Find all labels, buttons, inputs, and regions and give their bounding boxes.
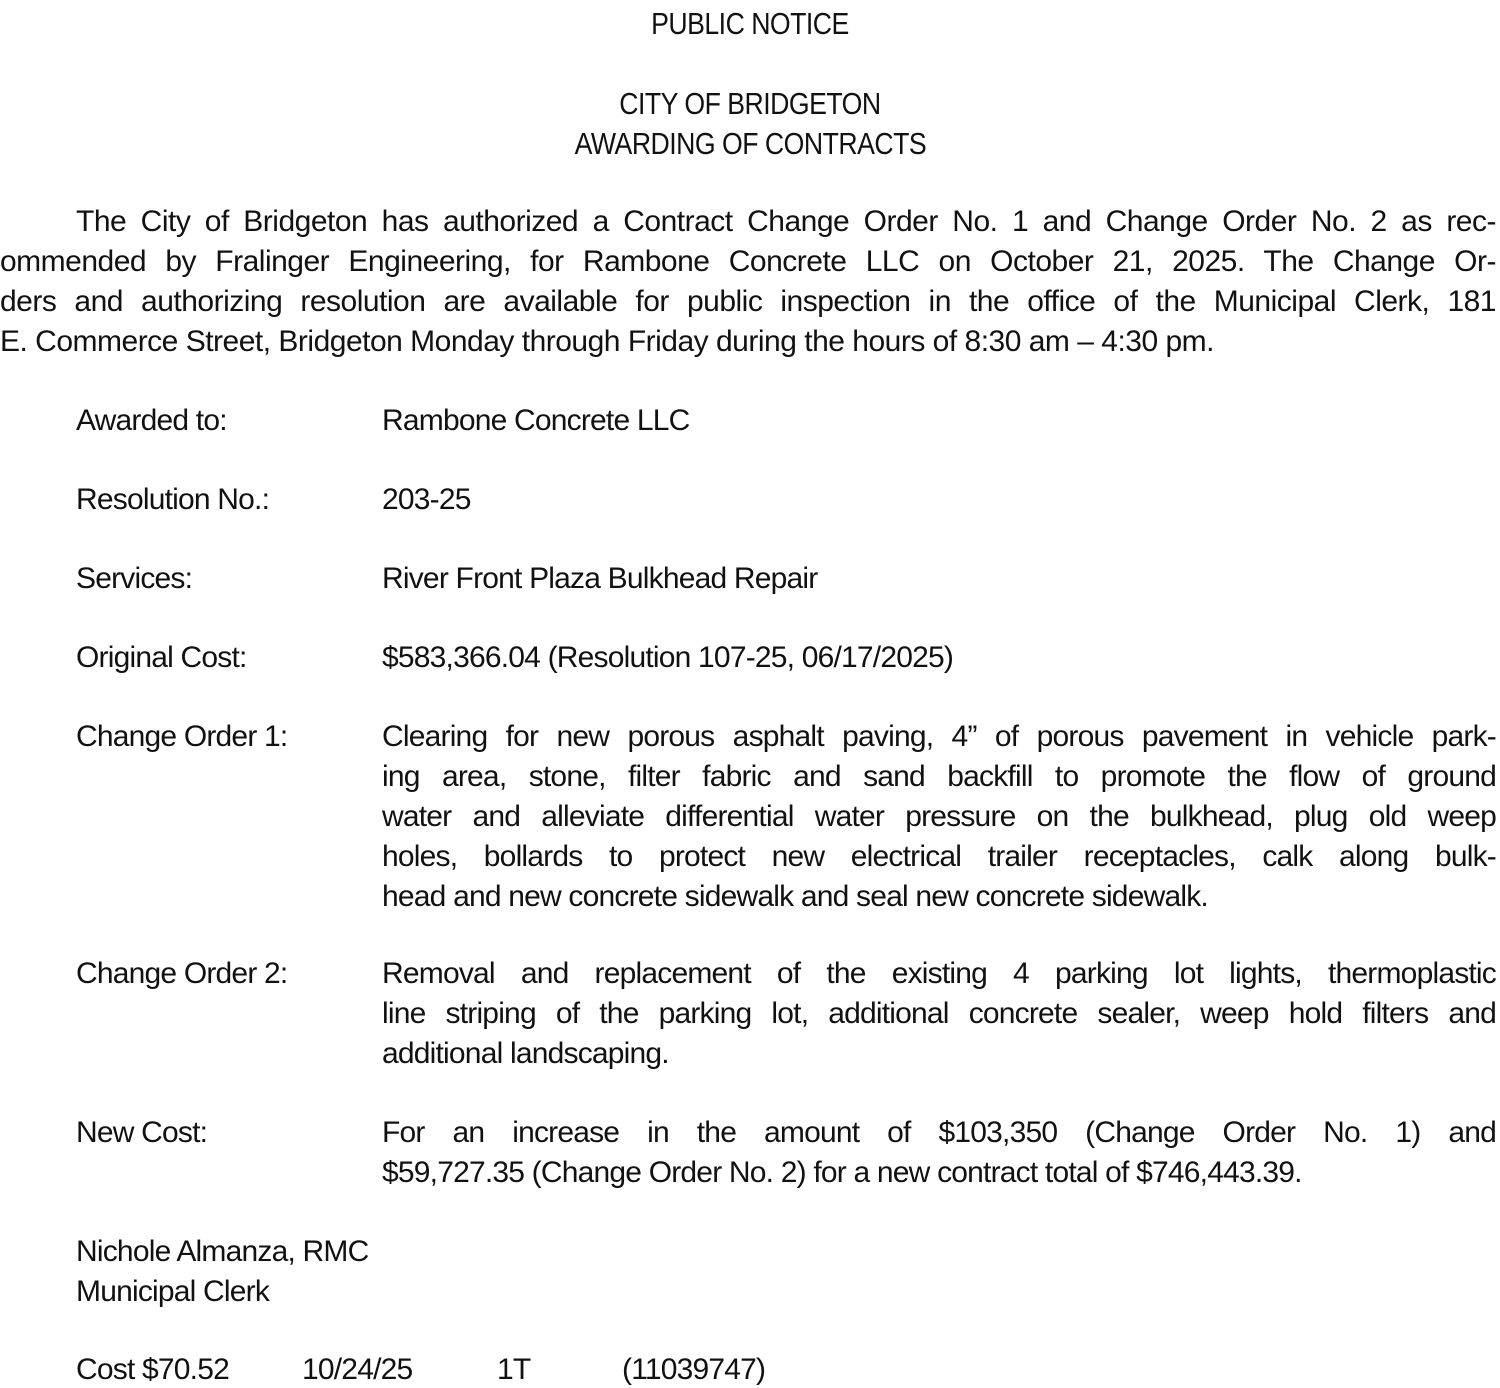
intro-line: E. Commerce Street, Bridgeton Monday thr…	[0, 322, 1496, 362]
intro-line-text: ders and authorizing resolution are avai…	[0, 282, 1496, 322]
ad-cost: Cost $70.52	[76, 1350, 229, 1388]
notice-subject: AWARDING OF CONTRACTS	[0, 124, 1500, 164]
intro-line-text: ommended by Fralinger Engineering, for R…	[0, 242, 1496, 282]
description-line: head and new concrete sidewalk and seal …	[382, 877, 1496, 917]
notice-subject-text: AWARDING OF CONTRACTS	[574, 124, 926, 164]
change-order-1-description: Clearing for new porous asphalt paving, …	[382, 717, 1496, 917]
signatory-title: Municipal Clerk	[76, 1272, 269, 1312]
ad-date: 10/24/25	[302, 1350, 412, 1388]
ad-number: (11039747)	[622, 1350, 765, 1388]
awarded-to-label: Awarded to:	[76, 401, 227, 441]
description-line: Removal and replacement of the existing …	[382, 954, 1496, 994]
description-line: $59,727.35 (Change Order No. 2) for a ne…	[382, 1153, 1496, 1193]
notice-title-text: PUBLIC NOTICE	[651, 4, 849, 44]
services-value: River Front Plaza Bulkhead Repair	[382, 559, 1496, 599]
notice-title: PUBLIC NOTICE	[0, 4, 1500, 44]
description-line: ing area, stone, filter fabric and sand …	[382, 757, 1496, 797]
signatory-name: Nichole Almanza, RMC	[76, 1232, 368, 1272]
public-notice-document: PUBLIC NOTICE CITY OF BRIDGETON AWARDING…	[0, 0, 1500, 1388]
description-line: holes, bollards to protect new electrica…	[382, 837, 1496, 877]
resolution-value: 203-25	[382, 480, 1496, 520]
ad-insertions: 1T	[497, 1350, 530, 1388]
description-line: additional landscaping.	[382, 1034, 1496, 1074]
awarded-to-value: Rambone Concrete LLC	[382, 401, 1496, 441]
change-order-2-description: Removal and replacement of the existing …	[382, 954, 1496, 1074]
description-line: For an increase in the amount of $103,35…	[382, 1113, 1496, 1153]
intro-line-text: The City of Bridgeton has authorized a C…	[76, 202, 1496, 242]
original-cost-value: $583,366.04 (Resolution 107-25, 06/17/20…	[382, 638, 1496, 678]
intro-paragraph: The City of Bridgeton has authorized a C…	[0, 202, 1496, 362]
original-cost-label: Original Cost:	[76, 638, 247, 678]
change-order-2-label: Change Order 2:	[76, 954, 287, 994]
intro-line: ders and authorizing resolution are avai…	[0, 282, 1496, 322]
intro-line: The City of Bridgeton has authorized a C…	[0, 202, 1496, 242]
new-cost-label: New Cost:	[76, 1113, 207, 1153]
change-order-1-label: Change Order 1:	[76, 717, 287, 757]
intro-line: ommended by Fralinger Engineering, for R…	[0, 242, 1496, 282]
resolution-label: Resolution No.:	[76, 480, 269, 520]
description-line: line striping of the parking lot, additi…	[382, 994, 1496, 1034]
entity-name-text: CITY OF BRIDGETON	[619, 84, 880, 124]
description-line: Clearing for new porous asphalt paving, …	[382, 717, 1496, 757]
services-label: Services:	[76, 559, 192, 599]
description-line: water and alleviate differential water p…	[382, 797, 1496, 837]
entity-name: CITY OF BRIDGETON	[0, 84, 1500, 124]
intro-line-text: E. Commerce Street, Bridgeton Monday thr…	[0, 322, 1496, 362]
new-cost-description: For an increase in the amount of $103,35…	[382, 1113, 1496, 1193]
